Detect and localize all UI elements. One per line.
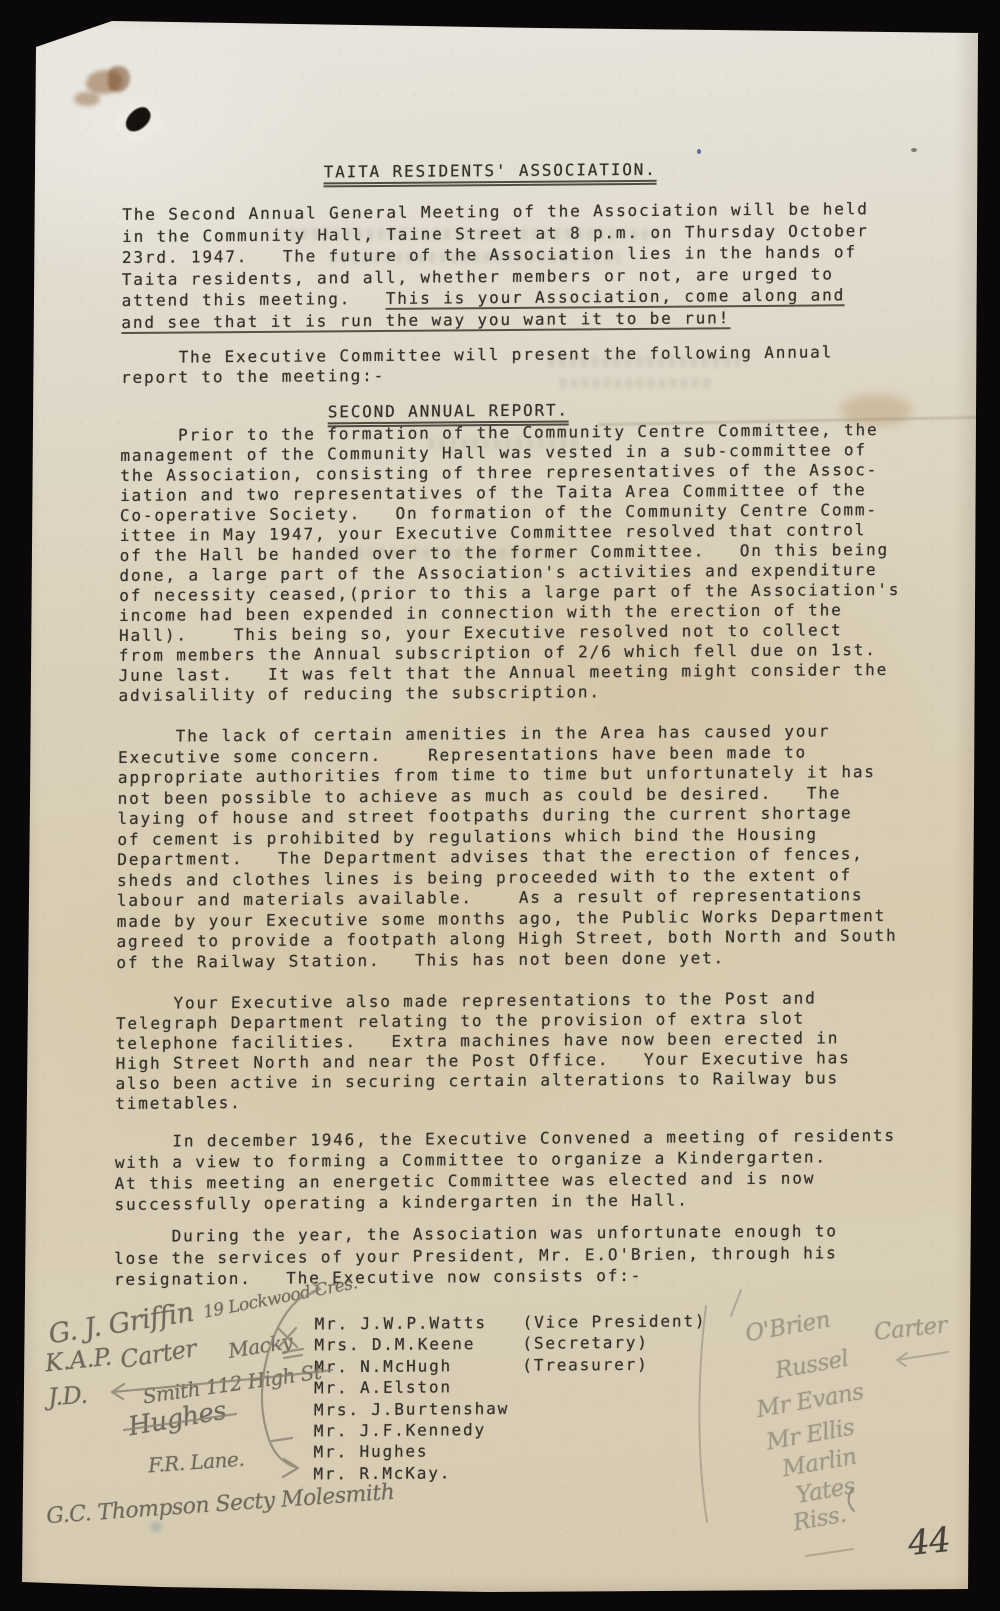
committee-member-name: Mr. R.McKay. [313, 1462, 521, 1485]
typed-line: resignation. The Executive now consists … [114, 1263, 838, 1290]
committee-member-name: Mr. Hughes [314, 1440, 522, 1463]
paragraph-executive-report-notice: The Executive Committee will present the… [121, 342, 833, 388]
paragraph-amenities: The lack of certain amenities in the Are… [116, 721, 899, 973]
committee-list: Mr. J.W.P.Watts(Vice President)Mrs. D.M.… [313, 1310, 706, 1484]
committee-member-row: Mr. R.McKay. [313, 1460, 705, 1484]
committee-member-row: Mr. J.F.Kennedy [314, 1417, 706, 1441]
committee-member-row: Mr. A.Elston [314, 1375, 706, 1399]
committee-member-row: Mrs. D.M.Keene(Secretary) [314, 1332, 706, 1356]
report-heading: SECOND ANNUAL REPORT. [328, 400, 569, 421]
committee-member-name: Mr. A.Elston [314, 1376, 522, 1399]
committee-member-role: (Secretary) [522, 1333, 648, 1353]
foxing-stain [86, 70, 122, 94]
committee-member-name: Mr. J.W.P.Watts [315, 1312, 523, 1335]
committee-member-role: (Vice President) [523, 1311, 707, 1331]
committee-member-name: Mrs. J.Burtenshaw [314, 1397, 522, 1420]
paragraph-post-telegraph: Your Executive also made representations… [115, 988, 851, 1114]
paragraph-intro: The Second Annual General Meeting of the… [121, 198, 868, 333]
paragraph-hall-management: Prior to the formation of the Community … [118, 420, 901, 706]
typed-text-layer: TAITA RESIDENTS' ASSOCIATION. The Second… [111, 0, 944, 1611]
committee-member-row: Mr. N.McHugh(Treasurer) [314, 1353, 706, 1377]
committee-member-role: (Treasurer) [522, 1355, 648, 1375]
paragraph-kindergarten: In december 1946, the Executive Convened… [114, 1125, 896, 1215]
committee-member-row: Mrs. J.Burtenshaw [314, 1396, 706, 1420]
committee-member-name: Mr. J.F.Kennedy [314, 1419, 522, 1442]
document-title: TAITA RESIDENTS' ASSOCIATION. [324, 160, 657, 182]
foxing-stain [74, 92, 100, 106]
typed-line: report to the meeting:- [121, 362, 833, 388]
committee-member-name: Mrs. D.M.Keene [314, 1333, 522, 1356]
paper-sheet: TAITA RESIDENTS' ASSOCIATION. The Second… [0, 0, 1000, 1611]
committee-member-row: Mr. J.W.P.Watts(Vice President) [315, 1310, 707, 1334]
scanned-document-photo: TAITA RESIDENTS' ASSOCIATION. The Second… [0, 0, 1000, 1611]
handwritten-initials: K.A.P. [44, 1343, 113, 1378]
committee-member-name: Mr. N.McHugh [314, 1355, 522, 1378]
committee-member-row: Mr. Hughes [314, 1439, 706, 1463]
handwritten-initials: J.D. [47, 1381, 88, 1412]
paragraph-president-resignation: During the year, the Association was unf… [114, 1220, 838, 1290]
